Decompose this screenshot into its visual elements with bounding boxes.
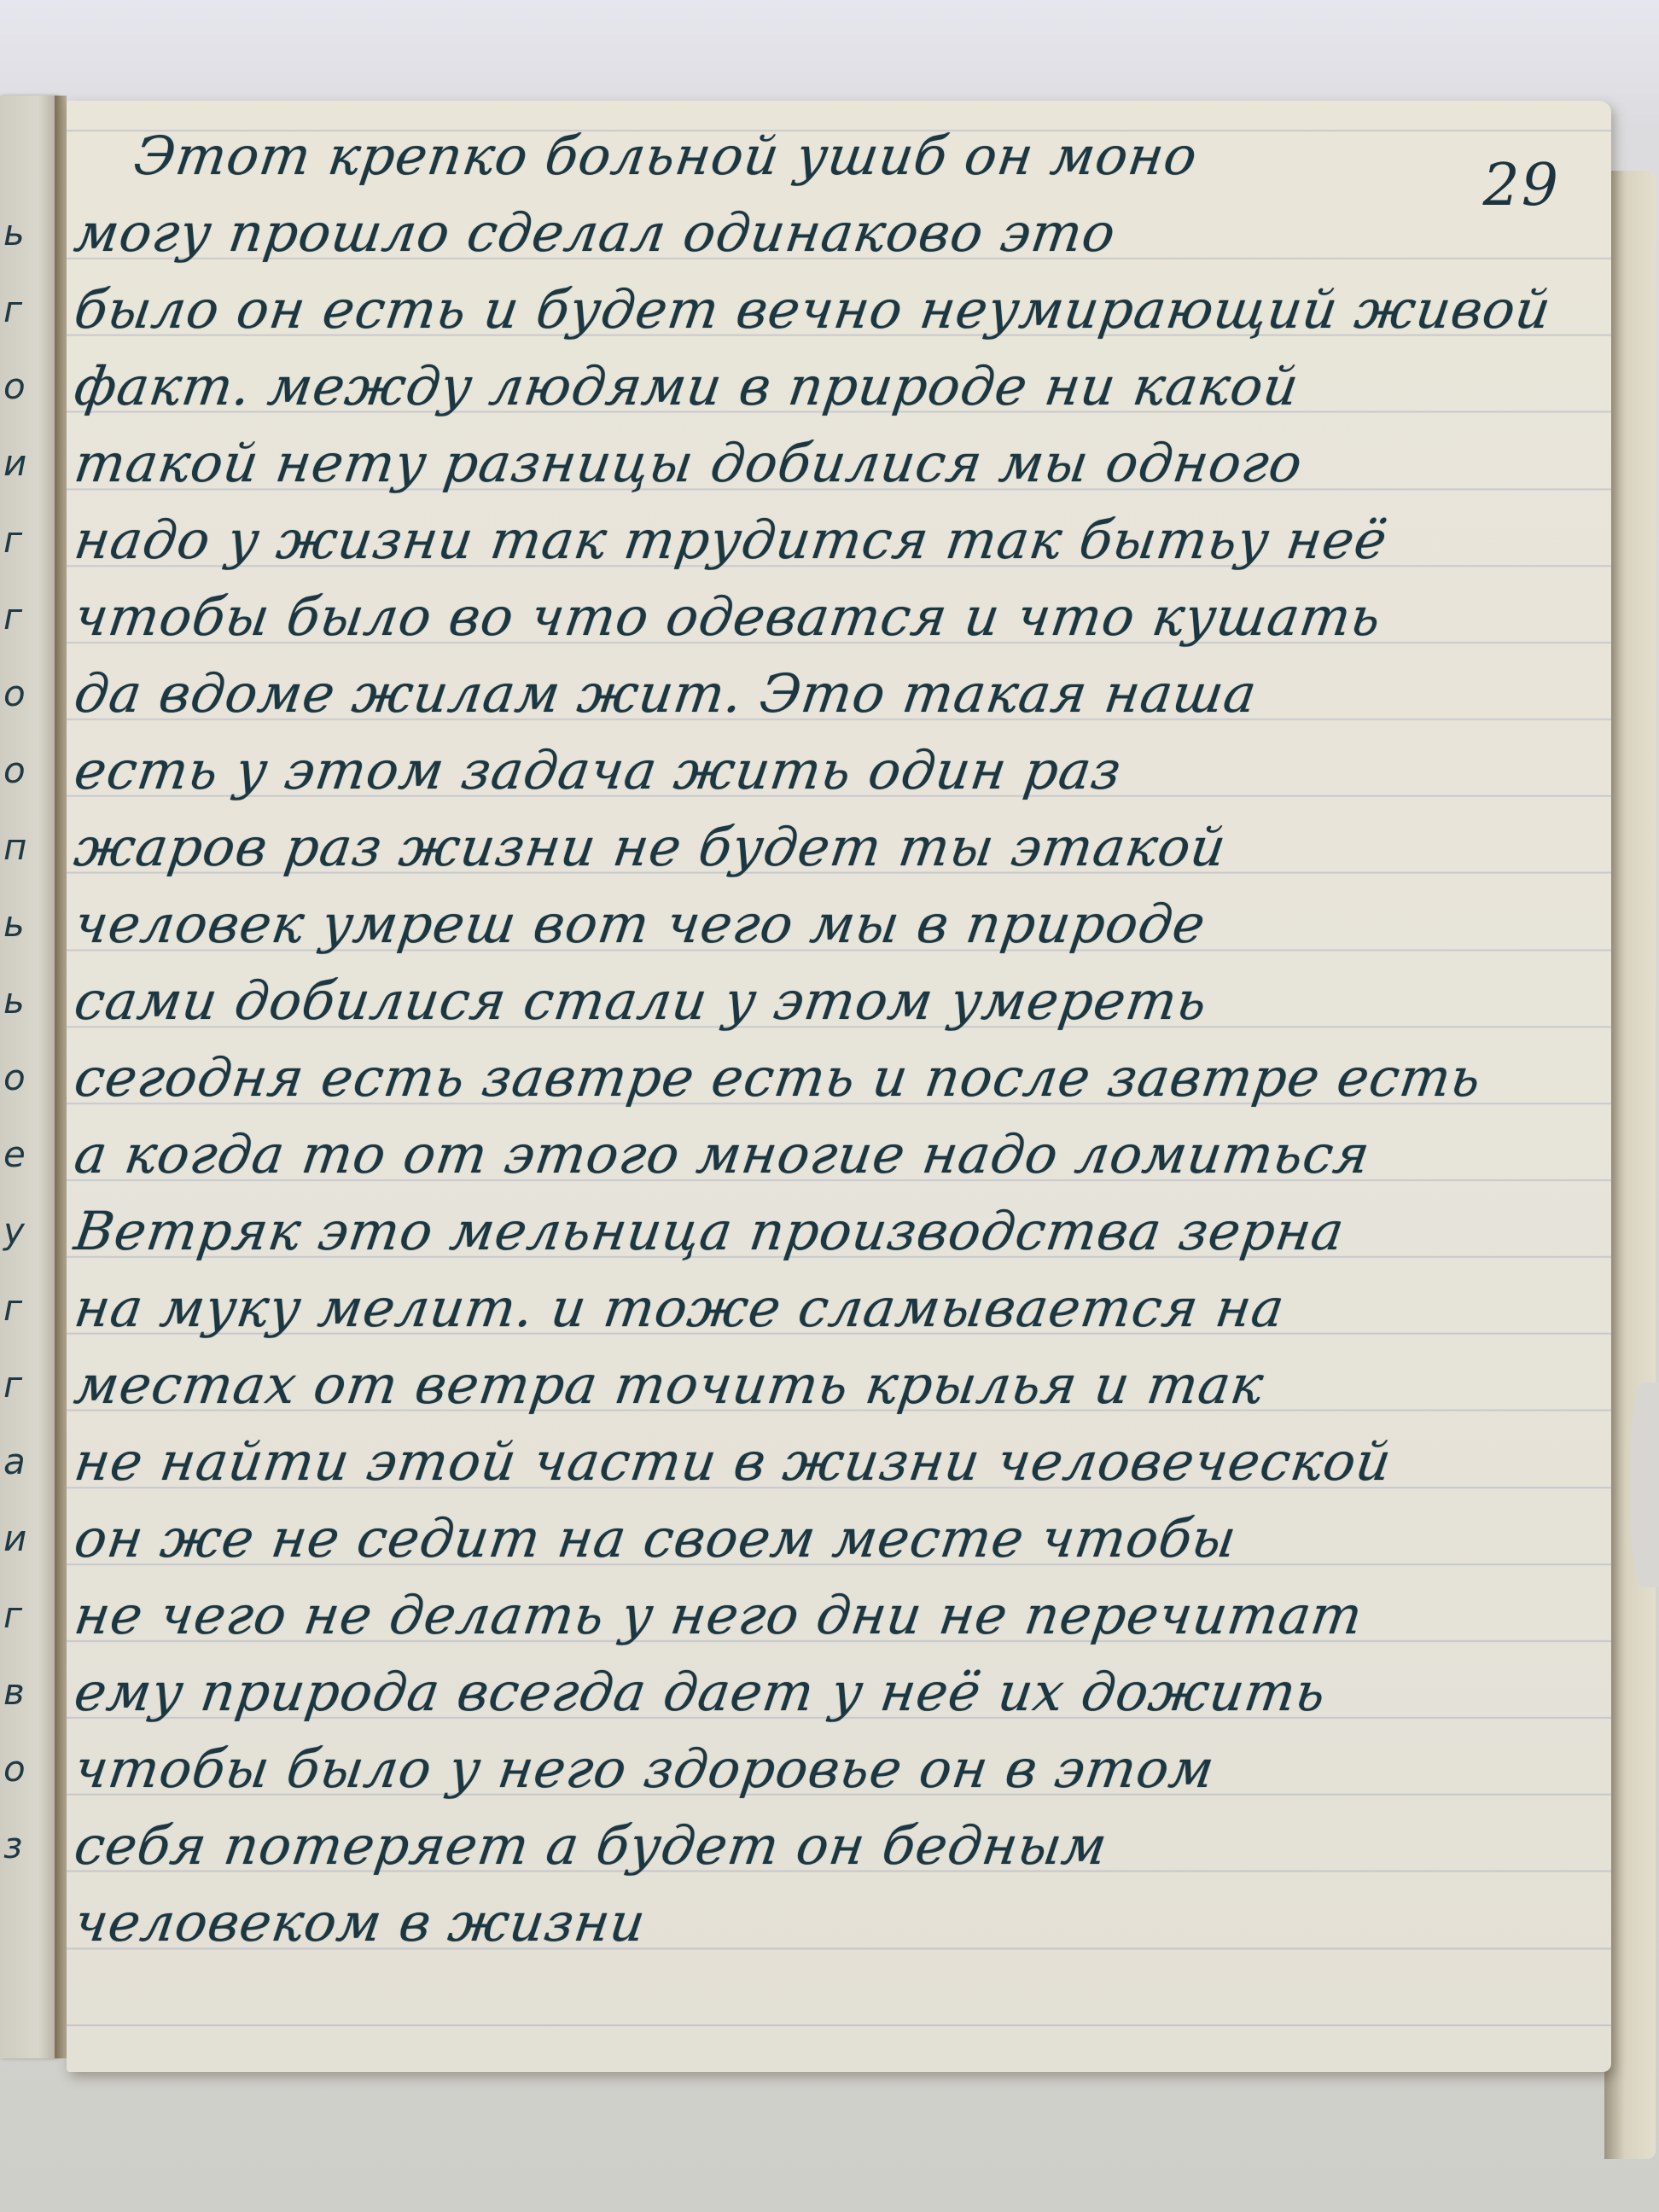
previous-page-letter: г (3, 1290, 48, 1326)
text-line: а когда то от этого многие надо ломиться (70, 1116, 1549, 1193)
previous-page-letter: о (3, 753, 48, 789)
notebook-page: 29 Этот крепко больной ушиб он мономогу … (67, 101, 1611, 2072)
text-line: он же не седит на своем месте чтобы (70, 1500, 1549, 1577)
text-line: могу прошло сделал одинаково это (70, 195, 1549, 271)
previous-page-letter: о (3, 1751, 48, 1787)
text-line: да вдоме жилам жит. Это такая наша (70, 655, 1549, 732)
previous-page-letter: у (3, 1214, 48, 1249)
previous-page-letter: ь (3, 983, 48, 1019)
handwritten-text: Этот крепко больной ушиб он мономогу про… (75, 118, 1543, 1961)
previous-page-letter: г (3, 1598, 48, 1633)
previous-page-letter: е (3, 1137, 48, 1173)
text-line: человеком в жизни (70, 1884, 1549, 1961)
previous-page-letter: и (3, 445, 48, 481)
text-line: местах от ветра точить крылья и так (70, 1347, 1549, 1423)
text-line: чтобы было во что одеватся и что кушать (70, 579, 1549, 655)
text-line: не найти этой части в жизни человеческой (70, 1423, 1549, 1500)
text-line: было он есть и будет вечно неумирающий ж… (70, 271, 1549, 348)
text-line: надо у жизни так трудится так бытьу неё (70, 502, 1549, 579)
text-line: сами добилися стали у этом умереть (70, 963, 1549, 1039)
text-line: сегодня есть завтре есть и после завтре … (70, 1039, 1549, 1116)
text-line: есть у этом задача жить один раз (70, 732, 1549, 809)
text-line: Ветряк это мельница производства зерна (70, 1193, 1549, 1270)
previous-page-letter: и (3, 1521, 48, 1557)
previous-page-letter: а (3, 1444, 48, 1480)
previous-page-edge: ьгоиггоопььоеуггаигвоз (0, 96, 57, 2058)
previous-page-letter: г (3, 292, 48, 328)
text-line: на муку мелит. и тоже сламывается на (70, 1270, 1549, 1347)
notebook-spine (55, 96, 67, 2058)
text-line: такой нету разницы добилися мы одного (70, 425, 1549, 502)
previous-page-letter: о (3, 676, 48, 712)
torn-page-edge (1630, 1382, 1659, 1587)
previous-page-letter: о (3, 1060, 48, 1096)
previous-page-letter: г (3, 522, 48, 558)
text-line: ему природа всегда дает у неё их дожить (70, 1654, 1549, 1731)
previous-page-letter: ь (3, 215, 48, 251)
previous-page-letter: з (3, 1828, 48, 1864)
previous-page-letter: в (3, 1674, 48, 1710)
page-stack-edge (1604, 171, 1656, 2159)
previous-page-letter: г (3, 1367, 48, 1403)
previous-page-letter: ь (3, 906, 48, 942)
previous-page-letter: г (3, 599, 48, 635)
text-line: Этот крепко больной ушиб он моно (70, 118, 1549, 195)
text-line: себя потеряет а будет он бедным (70, 1807, 1549, 1884)
text-line: человек умреш вот чего мы в природе (70, 886, 1549, 963)
text-line: чтобы было у него здоровье он в этом (70, 1731, 1549, 1807)
text-line: не чего не делать у него дни не перечита… (70, 1577, 1549, 1654)
previous-page-letter: о (3, 369, 48, 405)
previous-page-letter: п (3, 829, 48, 865)
text-line: жаров раз жизни не будет ты этакой (70, 809, 1549, 886)
text-line: факт. между людями в природе ни какой (70, 348, 1549, 425)
